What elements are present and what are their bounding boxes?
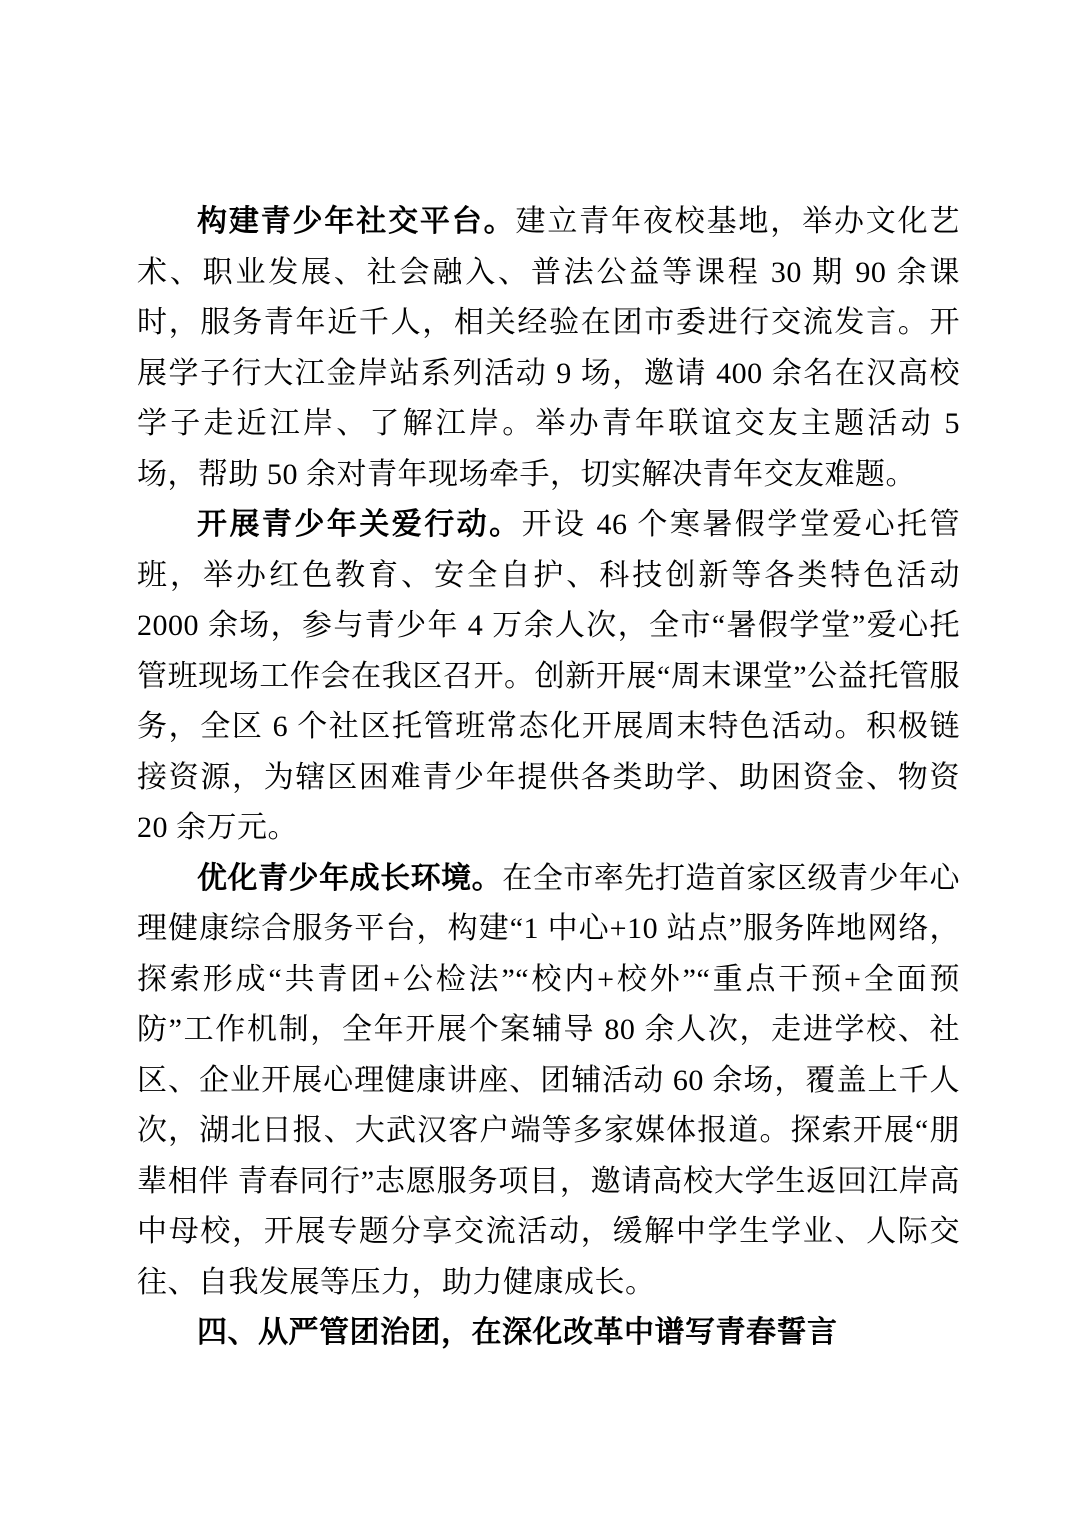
paragraph-lead: 开展青少年关爱行动。: [197, 508, 522, 541]
paragraph-care-action: 开展青少年关爱行动。开设 46 个寒暑假学堂爱心托管班，举办红色教育、安全自护、…: [137, 500, 960, 854]
paragraph-text: 在全市率先打造首家区级青少年心理健康综合服务平台，构建“1 中心+10 站点”服…: [137, 862, 960, 1299]
paragraph-text: 开设 46 个寒暑假学堂爱心托管班，举办红色教育、安全自护、科技创新等各类特色活…: [137, 508, 960, 844]
document-page: 构建青少年社交平台。建立青年夜校基地，举办文化艺术、职业发展、社会融入、普法公益…: [0, 0, 1074, 1520]
paragraph-social-platform: 构建青少年社交平台。建立青年夜校基地，举办文化艺术、职业发展、社会融入、普法公益…: [137, 197, 960, 500]
paragraph-growth-environment: 优化青少年成长环境。在全市率先打造首家区级青少年心理健康综合服务平台，构建“1 …: [137, 854, 960, 1309]
paragraph-lead: 优化青少年成长环境。: [197, 862, 502, 895]
document-body: 构建青少年社交平台。建立青年夜校基地，举办文化艺术、职业发展、社会融入、普法公益…: [137, 197, 960, 1359]
paragraph-lead: 构建青少年社交平台。: [197, 205, 515, 238]
paragraph-text: 建立青年夜校基地，举办文化艺术、职业发展、社会融入、普法公益等课程 30 期 9…: [137, 205, 960, 491]
section-heading: 四、从严管团治团，在深化改革中谱写青春誓言: [137, 1308, 960, 1359]
